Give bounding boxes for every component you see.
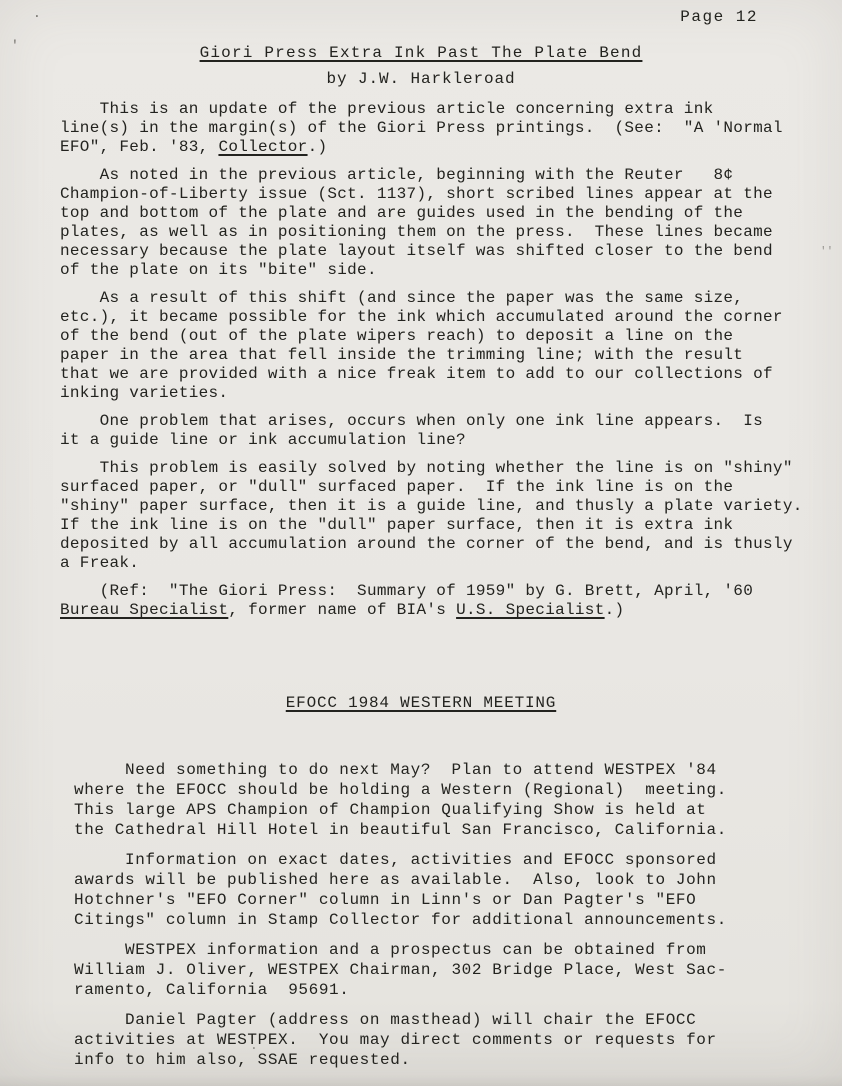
scan-artifact: '': [820, 246, 833, 258]
underlined-ref-us-specialist: U.S. Specialist: [456, 601, 605, 619]
scanned-newsletter-page: Page 12 Giori Press Extra Ink Past The P…: [0, 0, 842, 1086]
paragraph-reference: (Ref: "The Giori Press: Summary of 1959"…: [60, 582, 810, 620]
paragraph-pagter-chair: Daniel Pagter (address on masthead) will…: [74, 1010, 794, 1070]
section-body: Need something to do next May? Plan to a…: [74, 760, 794, 1080]
underlined-ref-bureau-specialist: Bureau Specialist: [60, 601, 228, 619]
paragraph-ink-deposit: As a result of this shift (and since the…: [60, 289, 810, 403]
section-heading-text: EFOCC 1984 WESTERN MEETING: [286, 694, 556, 712]
paragraph-one-line-problem: One problem that arises, occurs when onl…: [60, 412, 810, 450]
paragraph-info-announcements: Information on exact dates, activities a…: [74, 850, 794, 930]
article-body: This is an update of the previous articl…: [60, 100, 810, 629]
section-heading: EFOCC 1984 WESTERN MEETING: [0, 694, 842, 712]
article-title: Giori Press Extra Ink Past The Plate Ben…: [0, 44, 842, 62]
paragraph-shiny-dull: This problem is easily solved by noting …: [60, 459, 810, 573]
paragraph-scribed-lines: As noted in the previous article, beginn…: [60, 166, 810, 280]
article-title-text: Giori Press Extra Ink Past The Plate Ben…: [200, 44, 643, 62]
scan-artifact: ': [11, 38, 19, 53]
page-number: Page 12: [680, 8, 758, 26]
paragraph-update-intro: This is an update of the previous articl…: [60, 100, 810, 157]
paragraph-westpex-invite: Need something to do next May? Plan to a…: [74, 760, 794, 840]
article-byline: by J.W. Harkleroad: [0, 70, 842, 88]
underlined-ref-collector: Collector: [218, 138, 307, 156]
paragraph-prospectus-contact: WESTPEX information and a prospectus can…: [74, 940, 794, 1000]
scan-artifact: .: [250, 1038, 258, 1053]
scan-artifact: .: [33, 6, 41, 21]
